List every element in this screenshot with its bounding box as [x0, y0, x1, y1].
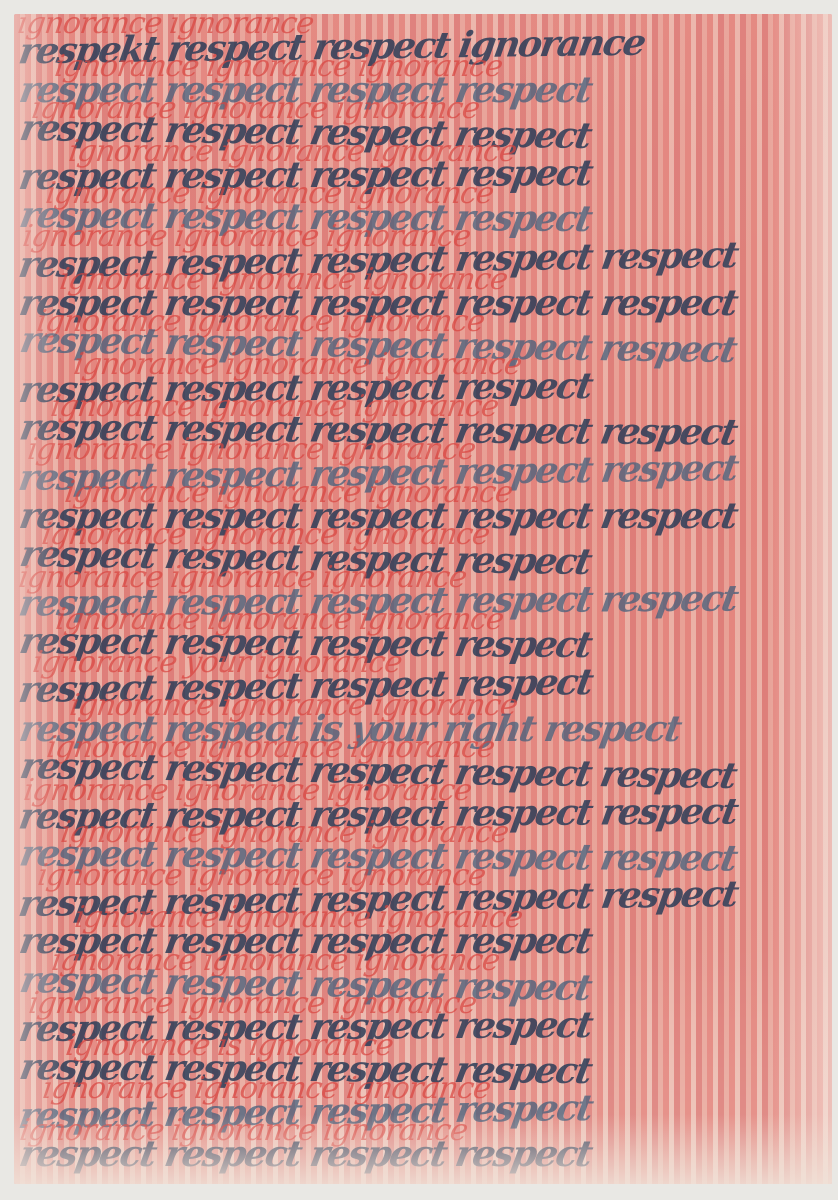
paper-bottom-margin [14, 1114, 832, 1184]
painted-paper: ignorance ignorancerespekt respect respe… [14, 14, 832, 1184]
handwritten-rows: ignorance ignorancerespekt respect respe… [14, 20, 832, 1170]
